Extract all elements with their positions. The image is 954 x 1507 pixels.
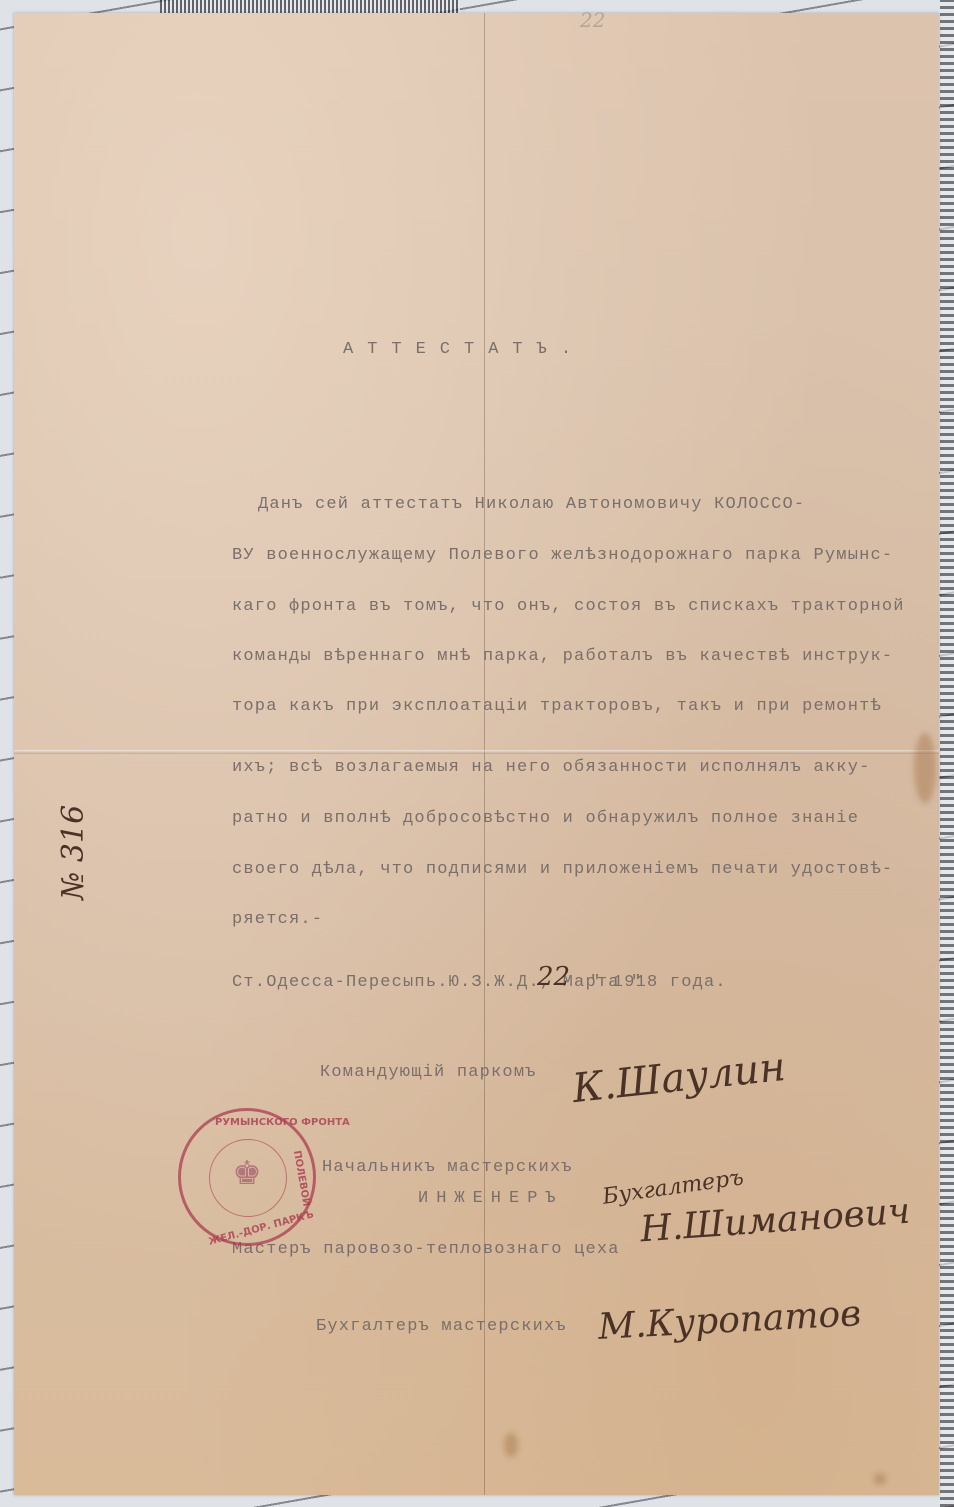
body-line-3: каго фронта въ томъ, что онъ, состоя въ … (232, 597, 905, 616)
place-date-prefix: Ст.Одесса-Пересыпь.Ю.З.Ж.Д., Марта " (232, 973, 642, 992)
body-line-4: команды вѣреннаго мнѣ парка, работалъ въ… (232, 647, 893, 666)
document-title: АТТЕСТАТЪ. (343, 340, 585, 359)
signatory-role-accountant: Бухгалтеръ мастерскихъ (316, 1317, 567, 1336)
official-stamp: ♚ РУМЫНСКОГО ФРОНТА ПОЛЕВОЙ ЖЕЛ.-ДОР. ПА… (178, 1108, 316, 1246)
body-line-6: ихъ; всѣ возлагаемыя на него обязанности… (232, 758, 871, 777)
signatory-role-workshop-head: Начальникъ мастерскихъ (322, 1158, 573, 1177)
body-line-1: Данъ сей аттестатъ Николаю Автономовичу … (258, 495, 805, 514)
signatory-role-commander: Командующій паркомъ (320, 1063, 537, 1082)
stain (914, 733, 936, 803)
stamp-top-text: РУМЫНСКОГО ФРОНТА (215, 1117, 350, 1128)
vertical-fold-line (484, 13, 485, 1495)
stain (504, 1433, 518, 1457)
place-date-suffix: " 1918 года. (590, 973, 727, 992)
background-fabric-top (160, 0, 460, 14)
body-line-2: ВУ военнослужащему Полевого желѣзнодорож… (232, 546, 893, 565)
background-fabric-right (940, 0, 954, 1507)
signatory-role-engineer: ИНЖЕНЕРЪ (418, 1189, 564, 1208)
stain (874, 1473, 886, 1485)
body-line-9: ряется.- (232, 910, 323, 929)
body-line-7: ратно и вполнѣ добросовѣстно и обнаружил… (232, 809, 859, 828)
page-number-pencil: 22 (580, 8, 605, 32)
body-line-8: своего дѣла, что подписями и приложеніем… (232, 860, 893, 879)
document-paper (14, 13, 939, 1495)
double-headed-eagle-icon: ♚ (217, 1149, 277, 1195)
signatory-role-shop-master: Мастеръ паровозо-тепловознаго цеха (232, 1240, 620, 1259)
stamp-right-text: ПОЛЕВОЙ (291, 1150, 312, 1208)
margin-note-number: № 316 (56, 805, 91, 900)
date-day-handwritten: 22 (537, 962, 570, 992)
horizontal-fold-line (14, 750, 939, 754)
body-line-5: тора какъ при эксплоатаціи тракторовъ, т… (232, 697, 882, 716)
